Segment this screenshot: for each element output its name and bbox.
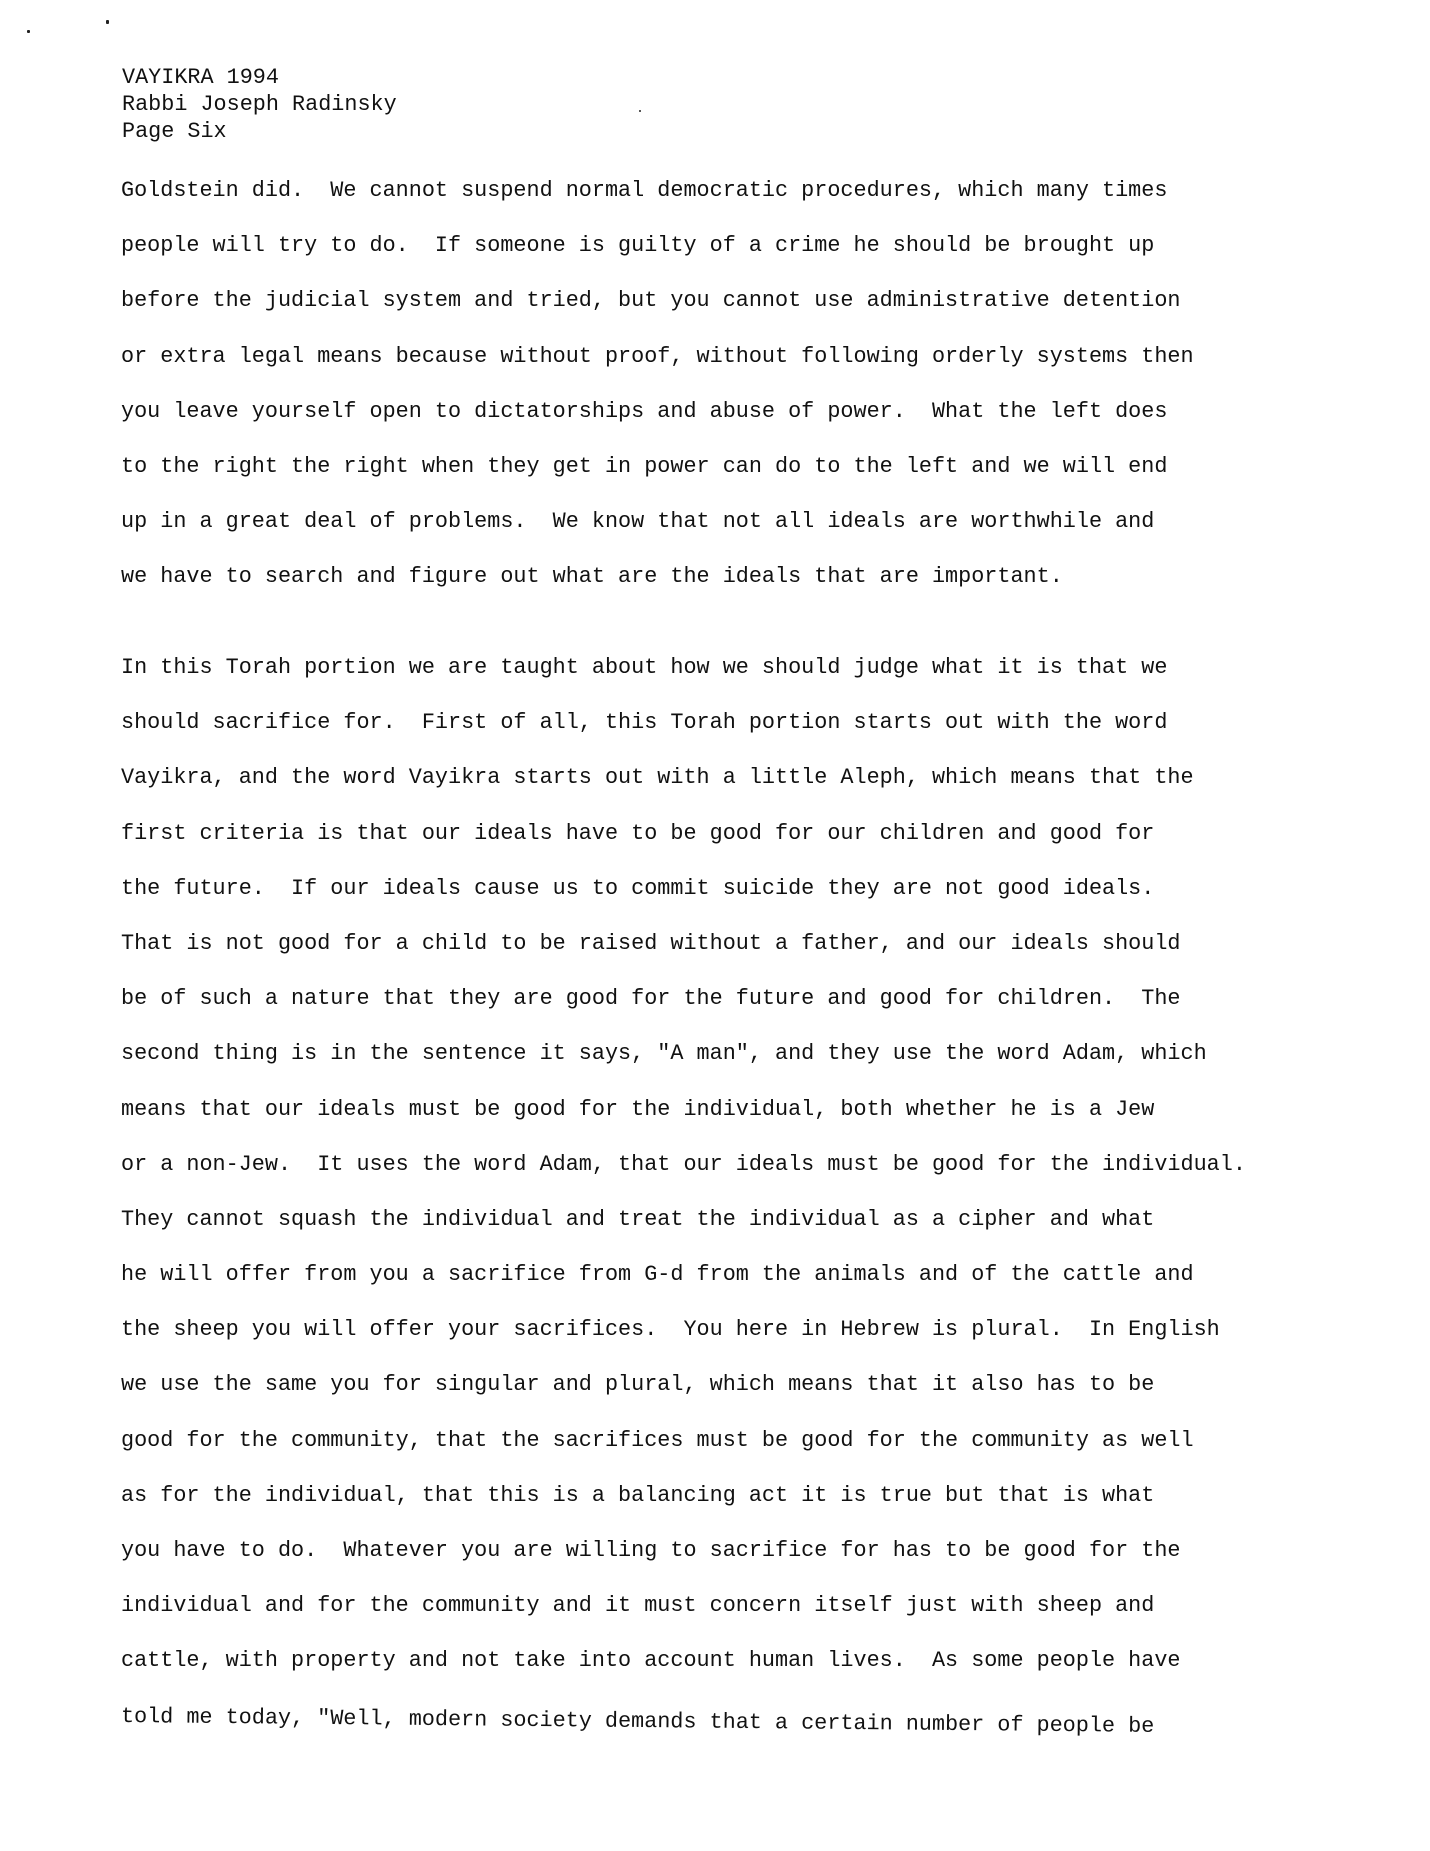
text-line: Vayikra, and the word Vayikra starts out…	[121, 750, 1246, 805]
paragraph-2: In this Torah portion we are taught abou…	[121, 640, 1246, 1744]
text-line: before the judicial system and tried, bu…	[121, 273, 1194, 328]
text-line: the future. If our ideals cause us to co…	[121, 861, 1246, 916]
text-line: you have to do. Whatever you are willing…	[121, 1523, 1246, 1578]
text-line: should sacrifice for. First of all, this…	[121, 695, 1246, 750]
document-page: VAYIKRA 1994 Rabbi Joseph Radinsky Page …	[0, 0, 1430, 1851]
text-line: we use the same you for singular and plu…	[121, 1357, 1246, 1412]
text-line: the sheep you will offer your sacrifices…	[121, 1302, 1246, 1357]
text-line: as for the individual, that this is a ba…	[121, 1468, 1246, 1523]
text-line: They cannot squash the individual and tr…	[121, 1192, 1246, 1247]
text-line: Goldstein did. We cannot suspend normal …	[121, 163, 1194, 218]
text-line: cattle, with property and not take into …	[121, 1633, 1246, 1688]
document-header: VAYIKRA 1994 Rabbi Joseph Radinsky Page …	[122, 64, 397, 145]
text-line: told me today, "Well, modern society dem…	[121, 1689, 1246, 1755]
text-line: you leave yourself open to dictatorships…	[121, 384, 1194, 439]
text-line: to the right the right when they get in …	[121, 439, 1194, 494]
scan-speck	[639, 110, 641, 112]
text-line: we have to search and figure out what ar…	[121, 549, 1194, 604]
paragraph-1: Goldstein did. We cannot suspend normal …	[121, 163, 1194, 605]
text-line: good for the community, that the sacrifi…	[121, 1413, 1246, 1468]
scan-speck	[27, 30, 30, 33]
text-line: means that our ideals must be good for t…	[121, 1082, 1246, 1137]
page-label: Page Six	[122, 118, 397, 145]
text-line: up in a great deal of problems. We know …	[121, 494, 1194, 549]
text-line: individual and for the community and it …	[121, 1578, 1246, 1633]
document-author: Rabbi Joseph Radinsky	[122, 91, 397, 118]
text-line: That is not good for a child to be raise…	[121, 916, 1246, 971]
scan-speck	[106, 20, 109, 24]
document-title: VAYIKRA 1994	[122, 64, 397, 91]
text-line: In this Torah portion we are taught abou…	[121, 640, 1246, 695]
text-line: people will try to do. If someone is gui…	[121, 218, 1194, 273]
text-line: or a non-Jew. It uses the word Adam, tha…	[121, 1137, 1246, 1192]
text-line: second thing is in the sentence it says,…	[121, 1026, 1246, 1081]
text-line: first criteria is that our ideals have t…	[121, 806, 1246, 861]
text-line: he will offer from you a sacrifice from …	[121, 1247, 1246, 1302]
text-line: or extra legal means because without pro…	[121, 329, 1194, 384]
text-line: be of such a nature that they are good f…	[121, 971, 1246, 1026]
